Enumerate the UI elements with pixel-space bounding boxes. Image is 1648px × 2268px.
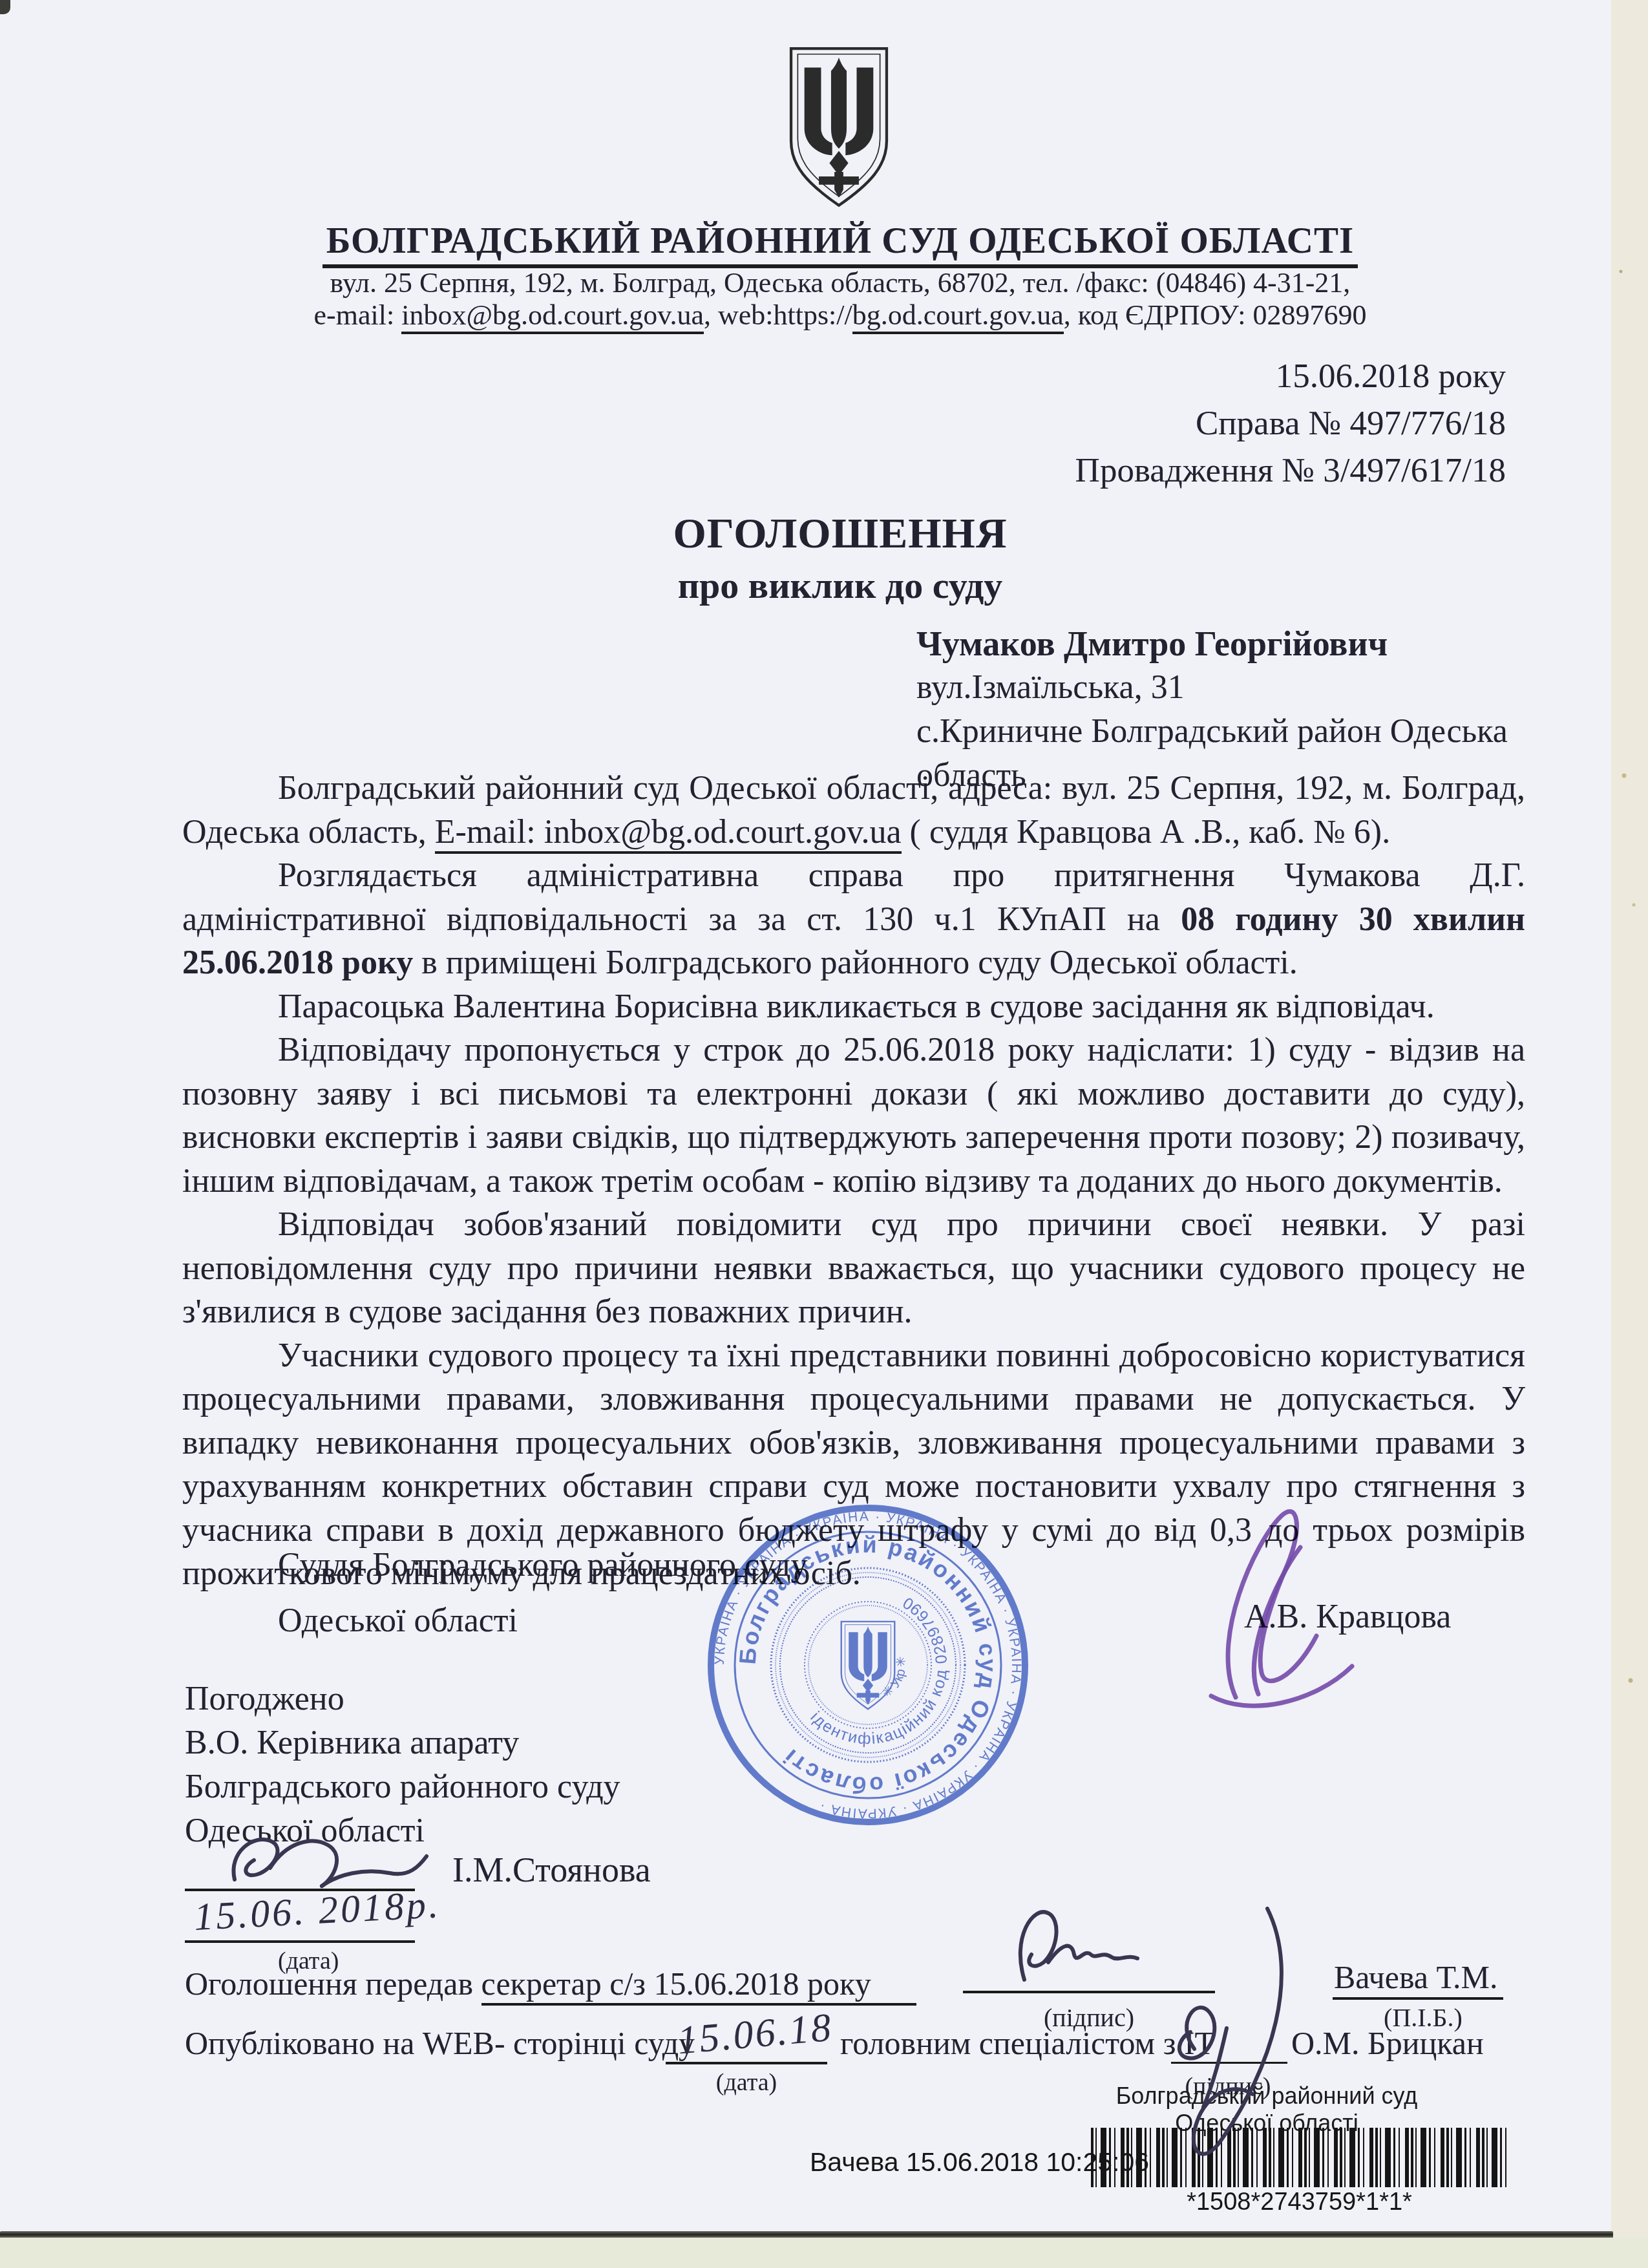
header-address-line1: вул. 25 Серпня, 192, м. Болград, Одеська… [155, 266, 1525, 299]
court-round-seal: УКРАЇНА · УКРАЇНА · УКРАЇНА · УКРАЇНА · … [706, 1503, 1030, 1827]
date-line [185, 1940, 415, 1943]
addressee-locality: с.Криничне Болградський район Одеська [916, 710, 1508, 754]
document-page: БОЛГРАДСЬКИЙ РАЙОННИЙ СУД ОДЕСЬКОЇ ОБЛАС… [0, 0, 1611, 2238]
it-specialist-signature-ink [1135, 1899, 1335, 2170]
web-link[interactable]: bg.od.court.gov.ua [852, 299, 1064, 334]
document-subtitle: про виклик до суду [155, 564, 1525, 607]
published-date-line [666, 2062, 827, 2064]
edrpou-code: , код ЄДРПОУ: 02897690 [1064, 299, 1367, 331]
scanned-court-document: БОЛГРАДСЬКИЙ РАЙОННИЙ СУД ОДЕСЬКОЇ ОБЛАС… [0, 0, 1648, 2268]
judge-signature-ink [1197, 1503, 1391, 1717]
case-number: Справа № 497/776/18 [840, 400, 1506, 447]
addressee-street: вул.Ізмаїльська, 31 [916, 666, 1508, 710]
paragraph-hearing: Розглядається адміністративна справа про… [182, 854, 1525, 985]
email-link[interactable]: inbox@bg.od.court.gov.ua [401, 299, 704, 334]
document-title: ОГОЛОШЕННЯ [155, 509, 1525, 558]
barcode-text: *1508*2743759*1*1* [1091, 2189, 1508, 2216]
paragraph-absence-notice: Відповідач зобов'язаний повідомити суд п… [182, 1203, 1525, 1334]
case-info-block: 15.06.2018 року Справа № 497/776/18 Пров… [840, 353, 1506, 494]
web-prefix: , web:https:// [704, 299, 852, 331]
scanner-background-bottom [0, 2238, 1648, 2268]
approved-label: Погоджено [185, 1677, 620, 1721]
paragraph-respondent-duties: Відповідачу пропонується у строк до 25.0… [182, 1028, 1525, 1203]
scanner-background-right [1611, 0, 1648, 2268]
handed-over-line: Оголошення передав секретар с/з 15.06.20… [185, 1965, 916, 2002]
p1-email-link[interactable]: E-mail: inbox@bg.od.court.gov.ua [435, 814, 902, 854]
handwritten-published-date: 15.06.18 [675, 2005, 834, 2064]
header-court-name: БОЛГРАДСЬКИЙ РАЙОННИЙ СУД ОДЕСЬКОЇ ОБЛАС… [155, 220, 1525, 268]
proceeding-number: Провадження № 3/497/617/18 [840, 447, 1506, 494]
body-text: Болградський районний суд Одеської облас… [182, 767, 1525, 1596]
approved-role-line1: В.О. Керівника апарату [185, 1721, 620, 1765]
paragraph-court-address: Болградський районний суд Одеської облас… [182, 767, 1525, 854]
document-date: 15.06.2018 року [840, 353, 1506, 400]
approved-block: Погоджено В.О. Керівника апарату Болград… [185, 1677, 620, 1853]
published-label: Опубліковано на WEB- сторінці суду [185, 2024, 695, 2062]
p1-text-end: ( суддя Кравцова А .В., каб. № 6). [902, 814, 1391, 851]
head-of-staff-signature-ink [225, 1829, 438, 1900]
p2-text-end: в приміщені Болградського районного суду… [413, 944, 1298, 981]
secretary-name: Вачева Т.М. [1333, 1958, 1503, 2000]
judge-label-line2: Одеської області [278, 1602, 518, 1640]
paragraph-summoned-person: Парасоцька Валентина Борисівна викликаєт… [182, 985, 1525, 1029]
addressee-name: Чумаков Дмитро Георгійович [916, 622, 1508, 666]
handed-label-text: Оголошення передав [185, 1966, 481, 2002]
email-prefix: e-mail: [314, 299, 402, 331]
handed-underlined-text: секретар с/з 15.06.2018 року [481, 1966, 916, 2006]
header-address-line2: e-mail: inbox@bg.od.court.gov.ua, web:ht… [155, 299, 1525, 332]
head-of-staff-name: І.М.Стоянова [452, 1850, 651, 1890]
date-caption: (дата) [666, 2068, 827, 2097]
approved-role-line2: Болградського районного суду [185, 1765, 620, 1809]
ukraine-trident-emblem-icon [783, 37, 894, 220]
